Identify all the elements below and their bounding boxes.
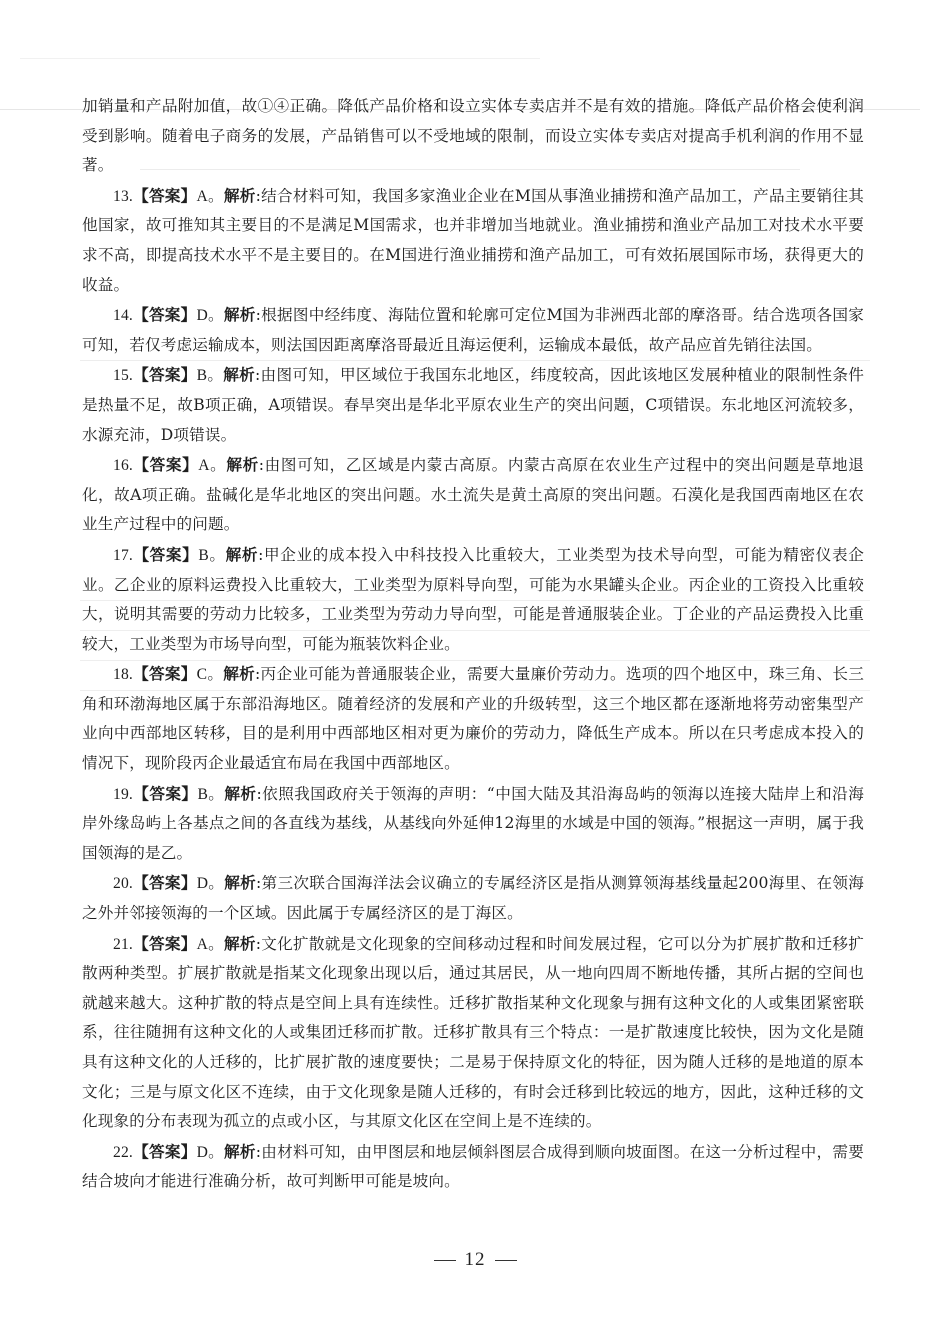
- answer-label: 答案: [149, 664, 181, 683]
- bracket-open: 【: [133, 784, 149, 803]
- bracket-close: 】: [181, 934, 197, 953]
- answer-label: 答案: [149, 873, 181, 892]
- answer-label: 答案: [149, 305, 181, 324]
- bracket-open: 【: [133, 186, 149, 205]
- bracket-open: 【: [133, 305, 149, 324]
- answer-letter: B。: [198, 547, 225, 564]
- answer-item-22: 22.【答案】D。解析:由材料可知，由甲图层和地层倾斜图层合成得到顺向坡面图。在…: [82, 1137, 864, 1197]
- answer-item-18: 18.【答案】C。解析:丙企业可能为普通服装企业，需要大量廉价劳动力。选项的四个…: [82, 659, 864, 778]
- bracket-close: 】: [181, 365, 197, 384]
- question-number: 19.: [113, 786, 133, 803]
- question-number: 18.: [113, 666, 133, 683]
- continuation-paragraph: 加销量和产品附加值，故①④正确。降低产品价格和设立实体专卖店并不是有效的措施。降…: [82, 92, 864, 181]
- continuation-text: 加销量和产品附加值，故①④正确。降低产品价格和设立实体专卖店并不是有效的措施。降…: [82, 97, 864, 174]
- question-number: 14.: [113, 307, 133, 324]
- analysis-label: 解析: [224, 784, 256, 803]
- document-page: 加销量和产品附加值，故①④正确。降低产品价格和设立实体专卖店并不是有效的措施。降…: [0, 0, 950, 1342]
- answer-label: 答案: [150, 455, 182, 474]
- answer-item-20: 20.【答案】D。解析:第三次联合国海洋法会议确立的专属经济区是指从测算领海基线…: [82, 868, 864, 928]
- bracket-close: 】: [181, 305, 197, 324]
- answer-label: 答案: [149, 186, 181, 205]
- answer-letter: A。: [198, 457, 226, 474]
- analysis-label: 解析: [224, 934, 256, 953]
- question-number: 17.: [113, 547, 133, 564]
- scan-artifact-line: [20, 58, 540, 59]
- analysis-text: 文化扩散就是文化现象的空间移动过程和时间发展过程，它可以分为扩展扩散和迁移扩散两…: [82, 935, 864, 1131]
- answer-letter: D。: [197, 875, 224, 892]
- analysis-label: 解析: [226, 455, 258, 474]
- footer-dash-right: [495, 1260, 517, 1261]
- answer-explanations: 加销量和产品附加值，故①④正确。降低产品价格和设立实体专卖店并不是有效的措施。降…: [82, 92, 864, 1197]
- bracket-open: 【: [133, 664, 149, 683]
- bracket-close: 】: [182, 455, 198, 474]
- analysis-label: 解析: [224, 186, 256, 205]
- analysis-label: 解析: [224, 1142, 256, 1161]
- answer-label: 答案: [150, 545, 182, 564]
- bracket-open: 【: [133, 545, 150, 564]
- analysis-label: 解析: [226, 545, 258, 564]
- answer-label: 答案: [149, 1142, 181, 1161]
- answer-item-16: 16.【答案】A。解析:由图可知，乙区域是内蒙古高原。内蒙古高原在农业生产过程中…: [82, 450, 864, 540]
- question-number: 21.: [113, 936, 133, 953]
- answer-letter: A。: [197, 936, 224, 953]
- bracket-close: 】: [181, 1142, 197, 1161]
- bracket-open: 【: [133, 934, 149, 953]
- analysis-label: 解析: [223, 664, 255, 683]
- answer-item-17: 17.【答案】B。解析:甲企业的成本投入中科技投入比重较大，工业类型为技术导向型…: [82, 540, 864, 659]
- answer-letter: A。: [197, 188, 224, 205]
- bracket-open: 【: [133, 455, 150, 474]
- answer-letter: D。: [197, 1144, 224, 1161]
- analysis-label: 解析: [224, 305, 256, 324]
- answer-item-19: 19.【答案】B。解析:依照我国政府关于领海的声明：“中国大陆及其沿海岛屿的领海…: [82, 779, 864, 869]
- analysis-label: 解析: [223, 365, 255, 384]
- bracket-close: 】: [181, 873, 197, 892]
- question-number: 20.: [113, 875, 133, 892]
- answer-letter: D。: [197, 307, 224, 324]
- question-number: 15.: [113, 367, 133, 384]
- answer-label: 答案: [149, 934, 181, 953]
- answer-item-14: 14.【答案】D。解析:根据图中经纬度、海陆位置和轮廓可定位M国为非洲西北部的摩…: [82, 300, 864, 360]
- bracket-open: 【: [133, 1142, 149, 1161]
- bracket-close: 】: [181, 664, 197, 683]
- answer-label: 答案: [149, 784, 181, 803]
- analysis-label: 解析: [224, 873, 256, 892]
- answer-item-13: 13.【答案】A。解析:结合材料可知，我国多家渔业企业在M国从事渔业捕捞和渔产品…: [82, 181, 864, 300]
- bracket-close: 】: [181, 784, 197, 803]
- answer-letter: B。: [197, 786, 224, 803]
- bracket-open: 【: [133, 365, 149, 384]
- answer-item-15: 15.【答案】B。解析:由图可知，甲区域位于我国东北地区，纬度较高，因此该地区发…: [82, 360, 864, 450]
- footer-dash-left: [434, 1260, 456, 1261]
- question-number: 16.: [113, 457, 133, 474]
- bracket-close: 】: [181, 186, 197, 205]
- page-footer: 12: [0, 1249, 950, 1271]
- bracket-open: 【: [133, 873, 149, 892]
- question-number: 22.: [113, 1144, 133, 1161]
- answer-label: 答案: [149, 365, 181, 384]
- answer-letter: B。: [197, 367, 224, 384]
- answer-item-21: 21.【答案】A。解析:文化扩散就是文化现象的空间移动过程和时间发展过程，它可以…: [82, 929, 864, 1137]
- answer-letter: C。: [197, 666, 224, 683]
- page-number: 12: [465, 1249, 486, 1270]
- bracket-close: 】: [182, 545, 198, 564]
- question-number: 13.: [113, 188, 133, 205]
